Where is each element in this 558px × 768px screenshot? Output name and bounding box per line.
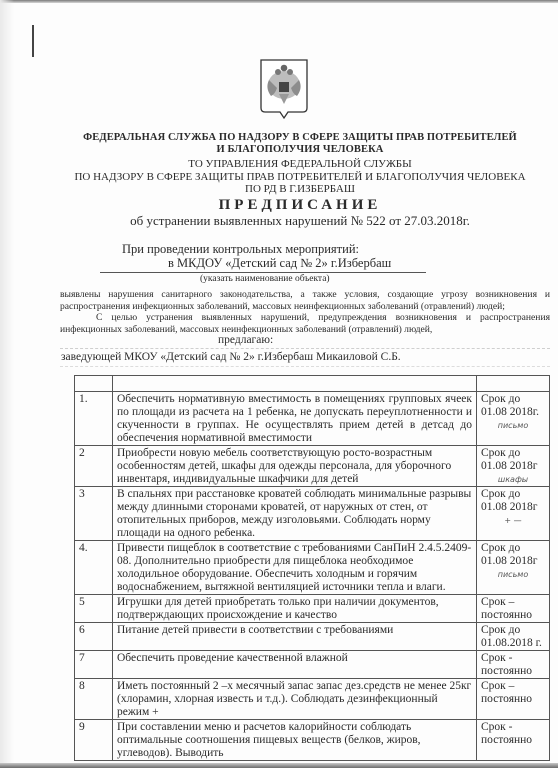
scan-bottom-edge: [0, 763, 558, 768]
row-number: 8: [75, 679, 113, 720]
deadline-text: Срок до 01.08 2018г: [481, 488, 537, 513]
table-row: 8Иметь постоянный 2 –х месячный запас за…: [75, 679, 550, 720]
row-deadline: Срок до 01.08 2018гписьмо: [477, 541, 550, 595]
row-deadline: Срок - постоянно: [477, 651, 550, 679]
row-number: 7: [75, 651, 113, 679]
table-row: 2Приобрести новую мебель соответствующую…: [75, 446, 550, 487]
row-requirement: Обеспечить проведение качественной влажн…: [113, 651, 477, 679]
agency-title: ФЕДЕРАЛЬНАЯ СЛУЖБА ПО НАДЗОРУ В СФЕРЕ ЗА…: [70, 132, 530, 156]
row-requirement: В спальнях при расстановке кроватей собл…: [113, 487, 477, 541]
office-line-3: ПО РД В Г.ИЗБЕРБАШ: [70, 183, 530, 196]
russian-coat-of-arms-icon: [259, 58, 309, 120]
row-requirement: Приобрести новую мебель соответствующую …: [113, 446, 477, 487]
deadline-text: Срок до 01.08 2018г: [481, 447, 537, 472]
deadline-text: Срок до 01.08 2018г: [481, 542, 537, 567]
agency-title-line-1: ФЕДЕРАЛЬНАЯ СЛУЖБА ПО НАДЗОРУ В СФЕРЕ ЗА…: [70, 132, 530, 144]
document-subtitle: об устранении выявленных нарушений № 522…: [70, 213, 530, 229]
requirements-table: 1.Обеспечить нормативную вместимость в п…: [74, 375, 550, 761]
row-requirement: При составлении меню и расчетов калорийн…: [113, 720, 477, 761]
row-deadline: Срок до 01.08 2018г+ —: [477, 487, 550, 541]
deadline-text: Срок до 01.08.2018 г.: [481, 624, 542, 649]
table-header-row: [75, 376, 550, 392]
addressee-bottom-rule: [60, 366, 550, 367]
row-requirement: Питание детей привести в соответствии с …: [113, 623, 477, 651]
handwritten-note: шкафы: [481, 473, 545, 486]
violations-paragraph: выявлены нарушения санитарного законодат…: [60, 289, 550, 312]
row-deadline: Срок до 01.08.2018 г.: [477, 623, 550, 651]
handwritten-note: письмо: [481, 419, 545, 432]
row-deadline: Срок - постоянно: [477, 720, 550, 761]
scan-top-edge: [0, 0, 558, 3]
addressee-top-rule: [60, 348, 550, 349]
row-deadline: Срок – постоянно: [477, 595, 550, 623]
deadline-text: Срок - постоянно: [481, 721, 532, 746]
row-number: 4.: [75, 541, 113, 595]
office-line-1: ТО УПРАВЛЕНИЯ ФЕДЕРАЛЬНОЙ СЛУЖБЫ: [70, 158, 530, 171]
deadline-text: Срок – постоянно: [481, 680, 532, 705]
row-number: 6: [75, 623, 113, 651]
row-deadline: Срок до 01.08 2018гшкафы: [477, 446, 550, 487]
deadline-text: Срок - постоянно: [481, 652, 532, 677]
propose-label: предлагаю:: [218, 334, 273, 346]
row-number: 5: [75, 595, 113, 623]
table-row: 4.Привести пищеблок в соответствие с тре…: [75, 541, 550, 595]
row-requirement: Игрушки для детей приобретать только при…: [113, 595, 477, 623]
table-row: 7Обеспечить проведение качественной влаж…: [75, 651, 550, 679]
office-title: ТО УПРАВЛЕНИЯ ФЕДЕРАЛЬНОЙ СЛУЖБЫ ПО НАДЗ…: [70, 158, 530, 196]
addressee: заведующей МКОУ «Детский сад № 2» г.Избе…: [61, 351, 401, 363]
header-cell-num: [75, 376, 113, 392]
row-requirement: Обеспечить нормативную вместимость в пом…: [113, 392, 477, 446]
row-deadline: Срок – постоянно: [477, 679, 550, 720]
table-row: 3В спальнях при расстановке кроватей соб…: [75, 487, 550, 541]
table-row: 1.Обеспечить нормативную вместимость в п…: [75, 392, 550, 446]
row-number: 3: [75, 487, 113, 541]
handwritten-note: + —: [481, 514, 545, 527]
table-row: 6Питание детей привести в соответствии с…: [75, 623, 550, 651]
inspected-object: в МКДОУ «Детский сад № 2» г.Избербаш: [168, 256, 391, 271]
row-number: 1.: [75, 392, 113, 446]
row-number: 2: [75, 446, 113, 487]
document-title: ПРЕДПИСАНИЕ: [70, 197, 530, 214]
handwritten-note: письмо: [481, 568, 545, 581]
purpose-paragraph: С целью устранения выявленных нарушений,…: [60, 312, 550, 335]
row-number: 9: [75, 720, 113, 761]
row-requirement: Привести пищеблок в соответствие с требо…: [113, 541, 477, 595]
margin-mark: [32, 25, 34, 57]
object-underline: [100, 272, 426, 273]
row-deadline: Срок до 01.08 2018г.письмо: [477, 392, 550, 446]
row-requirement: Иметь постоянный 2 –х месячный запас зап…: [113, 679, 477, 720]
header-cell-term: [477, 376, 550, 392]
header-cell-text: [113, 376, 477, 392]
agency-title-line-2: И БЛАГОПОЛУЧИЯ ЧЕЛОВЕКА: [70, 144, 530, 156]
scan-left-shade: [0, 0, 14, 768]
deadline-text: Срок – постоянно: [481, 596, 532, 621]
deadline-text: Срок до 01.08 2018г.: [481, 393, 539, 418]
inspection-intro: При проведении контрольных мероприятий:: [122, 242, 359, 257]
office-line-2: ПО НАДЗОРУ В СФЕРЕ ЗАЩИТЫ ПРАВ ПОТРЕБИТЕ…: [70, 171, 530, 184]
table-row: 5Игрушки для детей приобретать только пр…: [75, 595, 550, 623]
table-row: 9При составлении меню и расчетов калорий…: [75, 720, 550, 761]
object-hint: (указать наименование объекта): [200, 274, 330, 284]
